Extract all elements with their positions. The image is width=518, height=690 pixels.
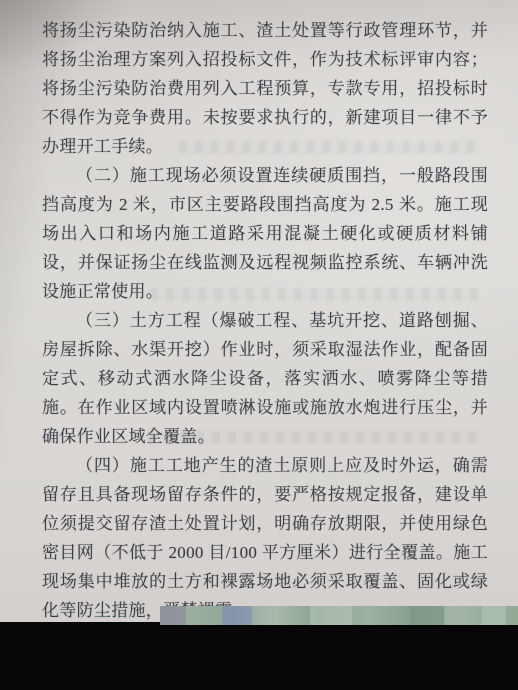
- photo-bottom-black-edge: [0, 622, 518, 690]
- photo-glitch-band: [160, 606, 518, 625]
- paragraph-4-section-si: （四）施工工地产生的渣土原则上应及时外运，确需留存且具备现场留存条件的，要严格按…: [42, 451, 488, 625]
- bleed-through-smudge: [148, 431, 478, 444]
- paragraph-3-section-san: （三）土方工程（爆破工程、基坑开挖、道路刨掘、房屋拆除、水渠开挖）作业时，须采取…: [42, 306, 488, 451]
- bleed-through-smudge: [150, 288, 478, 301]
- document-text: 将扬尘污染防治纳入施工、渣土处置等行政管理环节，并将扬尘治理方案列入招投标文件，…: [42, 16, 488, 625]
- glitch-block: [410, 606, 444, 625]
- glitch-block: [482, 606, 506, 625]
- paragraph-2-section-er: （二）施工现场必须设置连续硬质围挡，一般路段围挡高度为 2 米，市区主要路段围挡…: [42, 161, 488, 306]
- glitch-block: [160, 606, 186, 625]
- paragraph-1: 将扬尘污染防治纳入施工、渣土处置等行政管理环节，并将扬尘治理方案列入招投标文件，…: [42, 16, 488, 161]
- glitch-block: [310, 606, 352, 625]
- glitch-block: [222, 606, 252, 625]
- photo-frame: 将扬尘污染防治纳入施工、渣土处置等行政管理环节，并将扬尘治理方案列入招投标文件，…: [0, 0, 518, 690]
- bleed-through-smudge: [178, 141, 478, 154]
- document-page: 将扬尘污染防治纳入施工、渣土处置等行政管理环节，并将扬尘治理方案列入招投标文件，…: [0, 0, 518, 623]
